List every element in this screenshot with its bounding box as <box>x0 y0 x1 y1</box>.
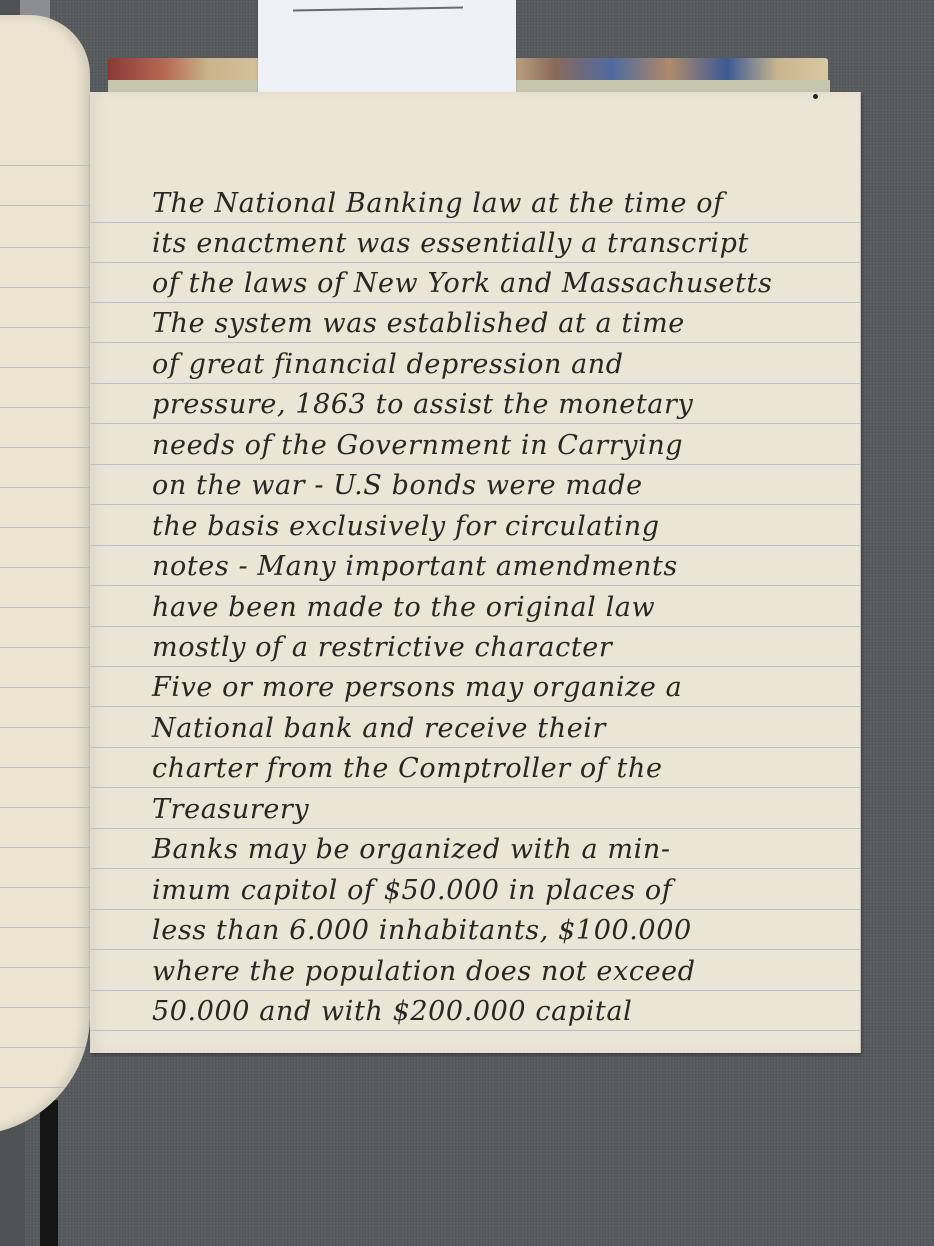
handwritten-line: of the laws of New York and Massachusett… <box>152 268 852 299</box>
paper-slip-bookmark <box>258 0 516 93</box>
handwritten-line: notes - Many important amendments <box>152 551 852 582</box>
handwritten-line: imum capitol of $50.000 in places of <box>152 875 852 906</box>
notebook-page: The National Banking law at the time of … <box>90 92 861 1053</box>
handwritten-line: have been made to the original law <box>152 592 852 623</box>
handwritten-line: Five or more persons may organize a <box>152 672 852 703</box>
handwritten-line: mostly of a restrictive character <box>152 632 852 663</box>
handwritten-line: The National Banking law at the time of <box>152 188 852 219</box>
handwritten-line: its enactment was essentially a transcri… <box>152 228 852 259</box>
handwritten-line: charter from the Comptroller of the <box>152 753 852 784</box>
handwritten-line: less than 6.000 inhabitants, $100.000 <box>152 915 852 946</box>
handwritten-line: The system was established at a time <box>152 308 852 339</box>
handwritten-line: the basis exclusively for circulating <box>152 511 852 542</box>
handwritten-line: needs of the Government in Carrying <box>152 430 852 461</box>
handwritten-line: where the population does not exceed <box>152 956 852 987</box>
handwritten-line: of great financial depression and <box>152 349 852 380</box>
handwritten-line: Banks may be organized with a min- <box>152 834 852 865</box>
handwritten-line: pressure, 1863 to assist the monetary <box>152 389 852 420</box>
handwritten-line: on the war - U.S bonds were made <box>152 470 852 501</box>
handwritten-line: 50.000 and with $200.000 capital <box>152 996 852 1027</box>
binding-shadow <box>40 1100 58 1246</box>
handwritten-line: National bank and receive their <box>152 713 852 744</box>
handwritten-line: Treasurery <box>152 794 852 825</box>
pencil-mark <box>293 7 463 12</box>
page-hole <box>813 94 818 99</box>
left-facing-page <box>0 15 90 1135</box>
